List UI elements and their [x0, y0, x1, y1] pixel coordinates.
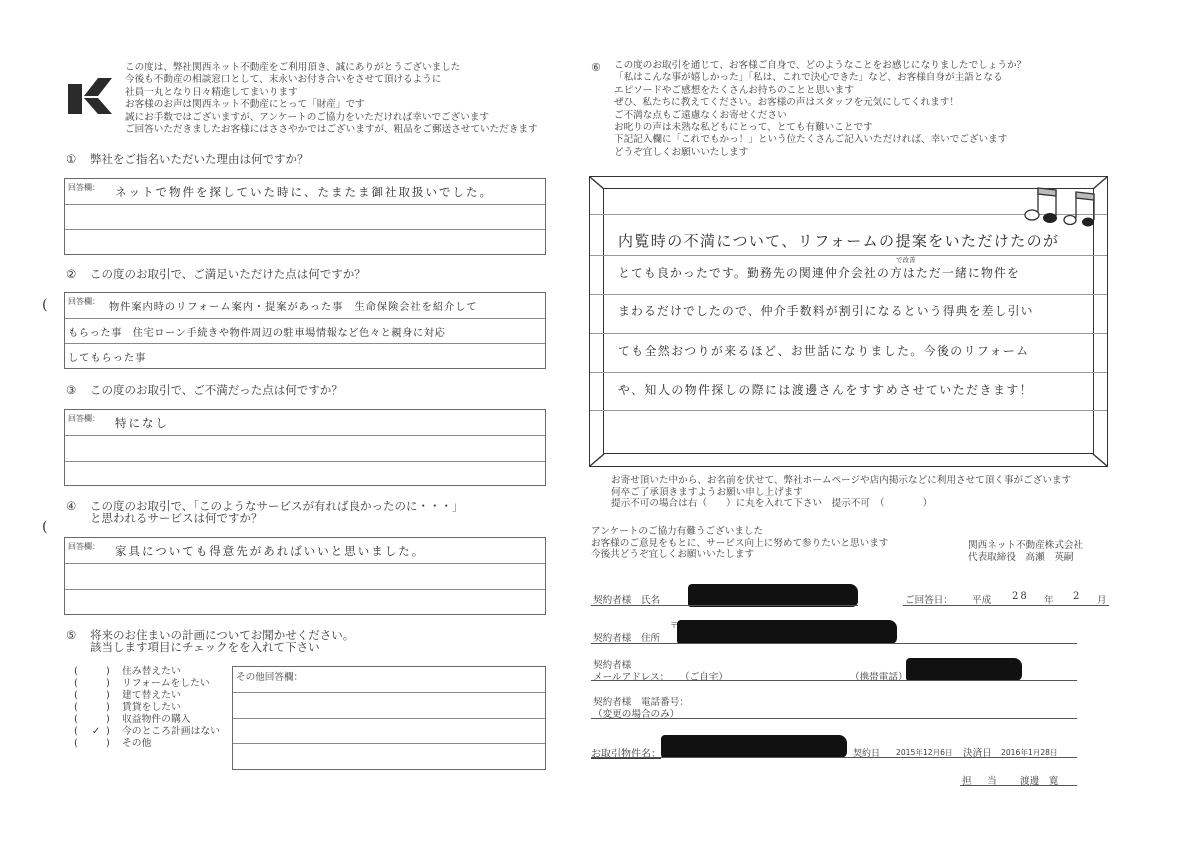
checkbox[interactable]	[86, 690, 106, 702]
answer-line[interactable]	[233, 693, 545, 719]
answer-date-label: ご回答日：	[905, 592, 953, 606]
closing-line: アンケートのご協力有難うございました	[591, 526, 888, 538]
address-underline	[591, 643, 1077, 644]
address-label: 契約者様 住所	[593, 630, 660, 644]
closing-line: 今後共どうぞ宜しくお願いいたします	[591, 549, 888, 561]
representative-name: 代表取締役 高瀬 英嗣	[968, 552, 1083, 564]
email-mobile-redacted[interactable]	[906, 658, 1022, 681]
consent-line: 何卒ご了承頂きますようお願い申し上げます	[611, 487, 1071, 499]
comment-line: や、知人の物件探しの際には渡邊さんをすすめさせていただきます！	[618, 381, 1033, 398]
intro-text: この度は、弊社関西ネット不動産をご利用頂き、誠にありがとうございました 今後も不…	[125, 62, 538, 136]
checkbox[interactable]	[86, 666, 106, 678]
insertion-note: で改善	[896, 255, 916, 264]
question-6-num: ⑥	[591, 61, 601, 74]
intro-line: 今後も不動産の相談窓口として、末永いお付き合いをさせて頂けるように	[125, 74, 538, 86]
answer-text: 物件案内時のリフォーム案内・提案があった事 生命保険会社を紹介して	[109, 298, 478, 313]
question-6-text: この度のお取引を通じて、お客様ご自身で、どのようなことをお感じになりましたでしょ…	[614, 60, 1026, 159]
answer-text: もらった事 住宅ローン手続きや物件周辺の駐車場情報など色々と親身に対応	[68, 324, 445, 339]
answer-line[interactable]: もらった事 住宅ローン手続きや物件周辺の駐車場情報など色々と親身に対応	[65, 319, 545, 344]
answer-line[interactable]	[65, 564, 545, 590]
q6-line: ご不満な点もご遠慮なくお寄せください	[614, 110, 1026, 122]
answer-line[interactable]	[65, 462, 545, 485]
ruled-line	[590, 255, 1107, 256]
consent-notice: お寄せ頂いた中から、お名前を伏せて、弊社ホームページや店内掲示などに利用させて頂…	[611, 475, 1071, 510]
comment-line: とても良かったです。勤務先の関連仲介会社の方はただ一緒に物件を	[618, 264, 1020, 281]
intro-line: この度は、弊社関西ネット不動産をご利用頂き、誠にありがとうございました	[125, 62, 538, 74]
intro-line: お客様のお声は関西ネット不動産にとって「財産」です	[125, 99, 538, 111]
intro-line: 社員一丸となり日々精進してまいります	[125, 87, 538, 99]
answer-date-year[interactable]: 28	[1012, 591, 1029, 602]
ruled-line	[590, 333, 1107, 334]
consent-line: お寄せ頂いた中から、お名前を伏せて、弊社ホームページや店内掲示などに利用させて頂…	[611, 475, 1071, 487]
name-underline	[591, 605, 858, 606]
phone-underline[interactable]	[591, 718, 1077, 719]
answer-line[interactable]	[65, 436, 545, 462]
answer-line[interactable]: 回答欄： ネットで物件を探していた時に、たまたま御社取扱いでした。	[65, 179, 545, 205]
closing-message: アンケートのご協力有難うございました お客様のご意見をもとに、サービス向上に努め…	[591, 526, 888, 561]
email-underline	[591, 680, 1077, 681]
checklist-item[interactable]: ()住み替えたい	[74, 666, 220, 678]
answer-line[interactable]: 回答欄： 特になし	[65, 410, 545, 436]
plan-checklist: ()住み替えたい ()リフォームをしたい ()建て替えたい ()賃貸をしたい (…	[74, 666, 220, 750]
question-1-title: ①弊社をご指名いただいた理由は何ですか？	[66, 153, 309, 166]
checkbox[interactable]	[86, 738, 106, 750]
answer-line[interactable]: その他回答欄：	[233, 667, 545, 693]
ruled-line	[590, 410, 1107, 411]
checkbox[interactable]	[86, 702, 106, 714]
name-label: 契約者様 氏名	[593, 592, 660, 606]
margin-mark: (	[42, 297, 47, 313]
ruled-line	[590, 294, 1107, 295]
answer-line[interactable]	[65, 590, 545, 614]
property-underline	[591, 757, 1077, 758]
answer-text: 家具についても得意先があればいいと思いました。	[115, 543, 425, 559]
checklist-item[interactable]: ()その他	[74, 738, 220, 750]
answer-line[interactable]: してもらった事	[65, 344, 545, 368]
checklist-item[interactable]: (✓)今のところ計画はない	[74, 726, 220, 738]
question-2-answer-box[interactable]: 回答欄： 物件案内時のリフォーム案内・提案があった事 生命保険会社を紹介して も…	[64, 292, 546, 369]
answer-date-year-unit: 年	[1044, 592, 1054, 606]
comment-line: まわるだけでしたので、仲介手数料が割引になるという得典を差し引い	[618, 302, 1034, 319]
closing-line: お客様のご意見をもとに、サービス向上に努めて参りたいと思います	[591, 538, 888, 550]
q6-line: どうぞ宜しくお願いいたします	[614, 147, 1026, 159]
q6-line: この度のお取引を通じて、お客様ご自身で、どのようなことをお感じになりましたでしょ…	[614, 60, 1026, 72]
checklist-item[interactable]: ()建て替えたい	[74, 690, 220, 702]
answer-line[interactable]	[65, 205, 545, 230]
other-answer-box[interactable]: その他回答欄：	[232, 666, 546, 770]
company-name: 関西ネット不動産株式会社	[968, 540, 1083, 552]
question-4-title-line2: と思われるサービスは何ですか？	[90, 512, 263, 525]
answer-text: 特になし	[115, 415, 169, 431]
comment-line: 内覧時の不満について、リフォームの提案をいただけたのが	[618, 230, 1059, 251]
answer-text: ネットで物件を探していた時に、たまたま御社取扱いでした。	[115, 184, 493, 200]
intro-line: 誠にお手数ではございますが、アンケートのご協力をいただければ幸いでございます	[125, 112, 538, 124]
question-3-answer-box[interactable]: 回答欄： 特になし	[64, 409, 546, 486]
q6-line: ぜひ、私たちに教えてください。お客様の声はスタッフを元気にしてくれます！	[614, 97, 1026, 109]
name-field-redacted[interactable]	[688, 584, 858, 607]
checkbox[interactable]	[86, 678, 106, 690]
answer-line[interactable]: 回答欄： 家具についても得意先があればいいと思いました。	[65, 538, 545, 564]
property-name-redacted[interactable]	[661, 735, 847, 758]
staff-underline	[960, 785, 1077, 786]
question-4-answer-box[interactable]: 回答欄： 家具についても得意先があればいいと思いました。	[64, 537, 546, 615]
intro-line: ご回答いただきましたお客様にはささやかではございますが、粗品をご郵送させていただ…	[125, 124, 538, 136]
answer-line[interactable]	[65, 230, 545, 254]
address-field-redacted[interactable]	[677, 620, 897, 644]
publication-optout[interactable]: 提示不可の場合は右（ ）に丸を入れて下さい 提示不可 （ ）	[611, 498, 1071, 510]
q6-line: お叱りの声は未熟な私どもにとって、とても有難いことです	[614, 122, 1026, 134]
checkbox[interactable]	[86, 714, 106, 726]
checkbox-checked[interactable]: ✓	[86, 726, 106, 738]
checklist-item[interactable]: ()賃貸をしたい	[74, 702, 220, 714]
question-5-title-line2: 該当します項目にチェックをを入れて下さい	[90, 641, 320, 654]
q6-line: エピソードやご感想をたくさんお持ちのことと思います	[614, 85, 1026, 97]
music-notes-icon	[1018, 180, 1106, 230]
question-2-title: ②この度のお取引で、ご満足いただけた点は何ですか？	[66, 268, 366, 281]
answer-date-month[interactable]: 2	[1073, 591, 1081, 602]
answer-text: してもらった事	[68, 349, 146, 364]
ruled-line	[590, 372, 1107, 373]
answer-date-month-unit: 月	[1097, 592, 1107, 606]
question-3-title: ③この度のお取引で、ご不満だった点は何ですか？	[66, 384, 343, 397]
answer-line[interactable]	[233, 744, 545, 769]
comment-line: ても全然おつりが来るほど、お世話になりました。今後のリフォーム	[618, 342, 1030, 359]
q6-line: 「私はこんな事が嬉しかった」「私は、これで決心できた」など、お客様自身が主語とな…	[614, 72, 1026, 84]
margin-mark: (	[42, 519, 47, 535]
company-logo-icon	[68, 78, 112, 114]
question-1-answer-box[interactable]: 回答欄： ネットで物件を探していた時に、たまたま御社取扱いでした。	[64, 178, 546, 255]
company-signature: 関西ネット不動産株式会社 代表取締役 高瀬 英嗣	[968, 540, 1083, 563]
answer-line[interactable]: 回答欄： 物件案内時のリフォーム案内・提案があった事 生命保険会社を紹介して	[65, 293, 545, 319]
answer-date-era: 平成	[972, 592, 991, 606]
answer-date-underline	[903, 605, 1109, 606]
checklist-item[interactable]: ()収益物件の購入	[74, 714, 220, 726]
checklist-item[interactable]: ()リフォームをしたい	[74, 678, 220, 690]
answer-line[interactable]	[233, 719, 545, 744]
q6-line: 下記記入欄に「これでもかっ！」という位たくさんご記入いただければ、幸いでございま…	[614, 134, 1026, 146]
